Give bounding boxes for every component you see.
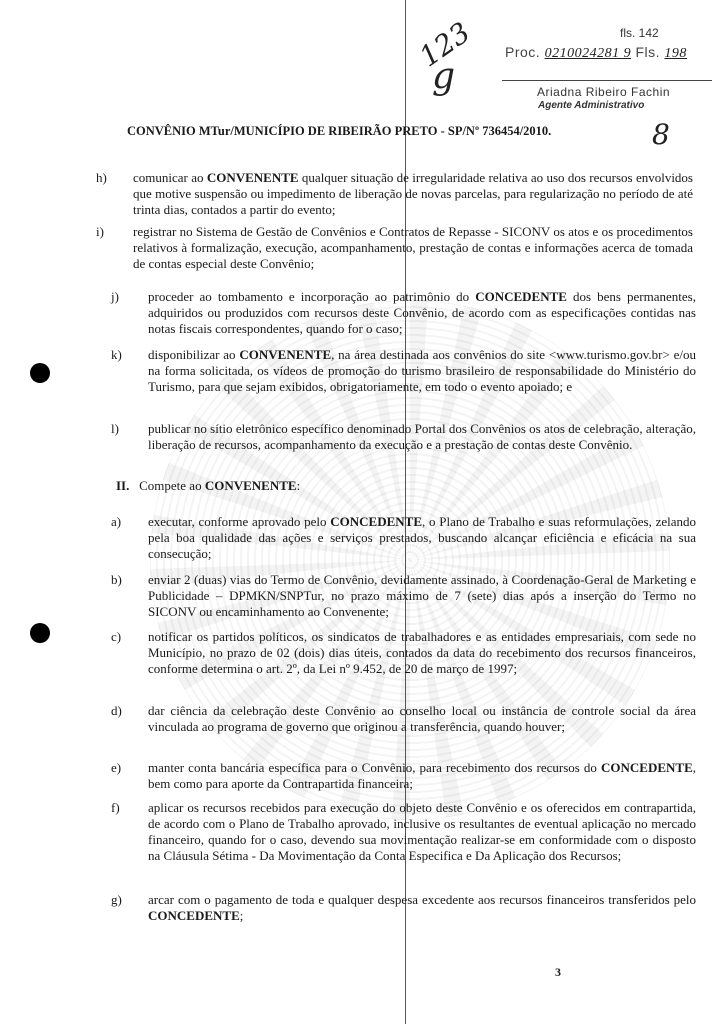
clause-d: d) dar ciência da celebração deste Convê… — [148, 703, 696, 735]
fls-number: 198 — [664, 46, 687, 61]
clause-c: c) notificar os partidos políticos, os s… — [148, 629, 696, 677]
clause-text: comunicar ao — [133, 170, 207, 185]
clause-text: enviar 2 (duas) vias do Termo de Convêni… — [148, 572, 696, 619]
clause-bold: CONCEDENTE — [330, 514, 422, 529]
proc-label: Proc. — [505, 44, 540, 60]
clause-text: ; — [240, 908, 244, 923]
clause-i: i) registrar no Sistema de Gestão de Con… — [133, 224, 693, 272]
stamp-signature-line — [502, 80, 712, 81]
clause-bold: CONCEDENTE — [475, 289, 567, 304]
clause-label: c) — [111, 629, 121, 645]
clause-label: k) — [111, 347, 122, 363]
clause-text: dar ciência da celebração deste Convênio… — [148, 703, 696, 734]
document-title: CONVÊNIO MTur/MUNICÍPIO DE RIBEIRÃO PRET… — [127, 124, 551, 139]
clause-label: a) — [111, 514, 121, 530]
clause-label: e) — [111, 760, 121, 776]
punch-hole-top — [30, 363, 50, 383]
clause-text: aplicar os recursos recebidos para execu… — [148, 800, 696, 863]
clause-a: a) executar, conforme aprovado pelo CONC… — [148, 514, 696, 562]
clause-text: proceder ao tombamento e incorporação ao… — [148, 289, 475, 304]
clause-label: j) — [111, 289, 119, 305]
punch-hole-bottom — [30, 623, 50, 643]
clause-h: h) comunicar ao CONVENENTE qualquer situ… — [133, 170, 693, 218]
clause-l: l) publicar no sítio eletrônico específi… — [148, 421, 696, 453]
clause-bold: CONVENENTE — [239, 347, 331, 362]
process-stamp: Proc. 0210024281 9 Fls. 198 — [505, 44, 687, 62]
clause-e: e) manter conta bancária específica para… — [148, 760, 696, 792]
scan-fold-line — [405, 0, 406, 1024]
clause-text: notificar os partidos políticos, os sind… — [148, 629, 696, 676]
clause-bold: CONCEDENTE — [148, 908, 240, 923]
section-bold: CONVENENTE — [205, 478, 297, 493]
handwritten-mark: 8 — [652, 118, 670, 151]
clause-j: j) proceder ao tombamento e incorporação… — [148, 289, 696, 337]
proc-number: 0210024281 9 — [545, 46, 632, 61]
clause-text: disponibilizar ao — [148, 347, 239, 362]
stamp-role: Agente Administrativo — [538, 100, 644, 111]
section-numeral: II. — [116, 478, 129, 493]
clause-g: g) arcar com o pagamento de toda e qualq… — [148, 892, 696, 924]
clause-text: arcar com o pagamento de toda e qualquer… — [148, 892, 696, 907]
clause-bold: CONCEDENTE — [601, 760, 693, 775]
clause-bold: CONVENENTE — [207, 170, 299, 185]
clause-label: b) — [111, 572, 122, 588]
fls-typed-number: fls. 142 — [620, 26, 659, 40]
section-II-heading: II. Compete ao CONVENENTE: — [116, 478, 300, 494]
handwritten-initial: g — [432, 56, 455, 97]
stamp-name: Ariadna Ribeiro Fachin — [537, 85, 670, 99]
clause-text: manter conta bancária específica para o … — [148, 760, 601, 775]
clause-text: executar, conforme aprovado pelo — [148, 514, 330, 529]
clause-text: registrar no Sistema de Gestão de Convên… — [133, 224, 693, 271]
section-text: : — [297, 478, 301, 493]
clause-text: publicar no sítio eletrônico específico … — [148, 421, 696, 452]
clause-label: l) — [111, 421, 119, 437]
clause-f: f) aplicar os recursos recebidos para ex… — [148, 800, 696, 864]
fls-label: Fls. — [635, 44, 660, 60]
clause-label: d) — [111, 703, 122, 719]
page-number: 3 — [555, 965, 561, 980]
section-text: Compete ao — [139, 478, 205, 493]
clause-label: i) — [96, 224, 104, 240]
clause-label: g) — [111, 892, 122, 908]
clause-label: h) — [96, 170, 107, 186]
clause-k: k) disponibilizar ao CONVENENTE, na área… — [148, 347, 696, 395]
clause-label: f) — [111, 800, 120, 816]
clause-b: b) enviar 2 (duas) vias do Termo de Conv… — [148, 572, 696, 620]
